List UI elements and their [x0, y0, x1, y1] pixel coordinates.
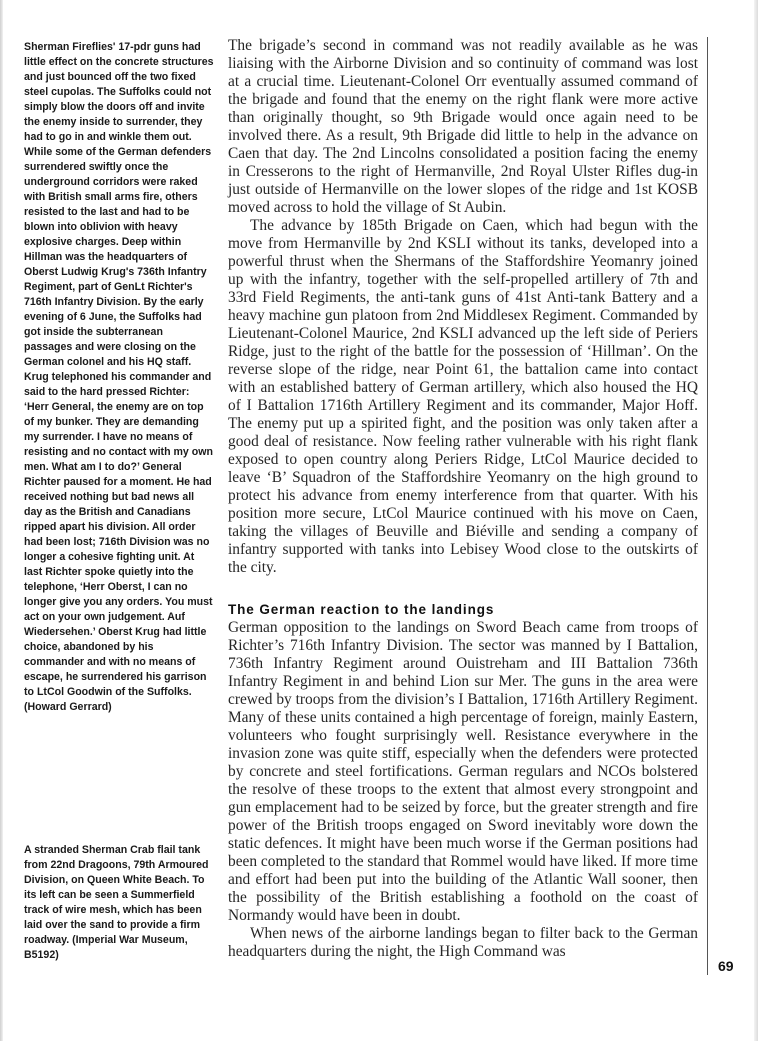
main-body-text: The brigade’s second in command was not … [228, 37, 698, 961]
sidebar-captions: Sherman Fireflies' 17-pdr guns had littl… [24, 40, 214, 715]
margin-rule [707, 37, 708, 975]
section-heading: The German reaction to the landings [228, 601, 698, 619]
caption-hillman-illustration: Sherman Fireflies' 17-pdr guns had littl… [24, 40, 214, 715]
page-number: 69 [718, 958, 734, 974]
page-edge-right [754, 0, 758, 1041]
page-edge-left [0, 0, 3, 1041]
caption-sherman-crab-photo: A stranded Sherman Crab flail tank from … [24, 843, 214, 963]
body-paragraph: German opposition to the landings on Swo… [228, 619, 698, 925]
body-paragraph: The advance by 185th Brigade on Caen, wh… [228, 217, 698, 577]
body-paragraph: When news of the airborne landings began… [228, 925, 698, 961]
body-paragraph: The brigade’s second in command was not … [228, 37, 698, 217]
